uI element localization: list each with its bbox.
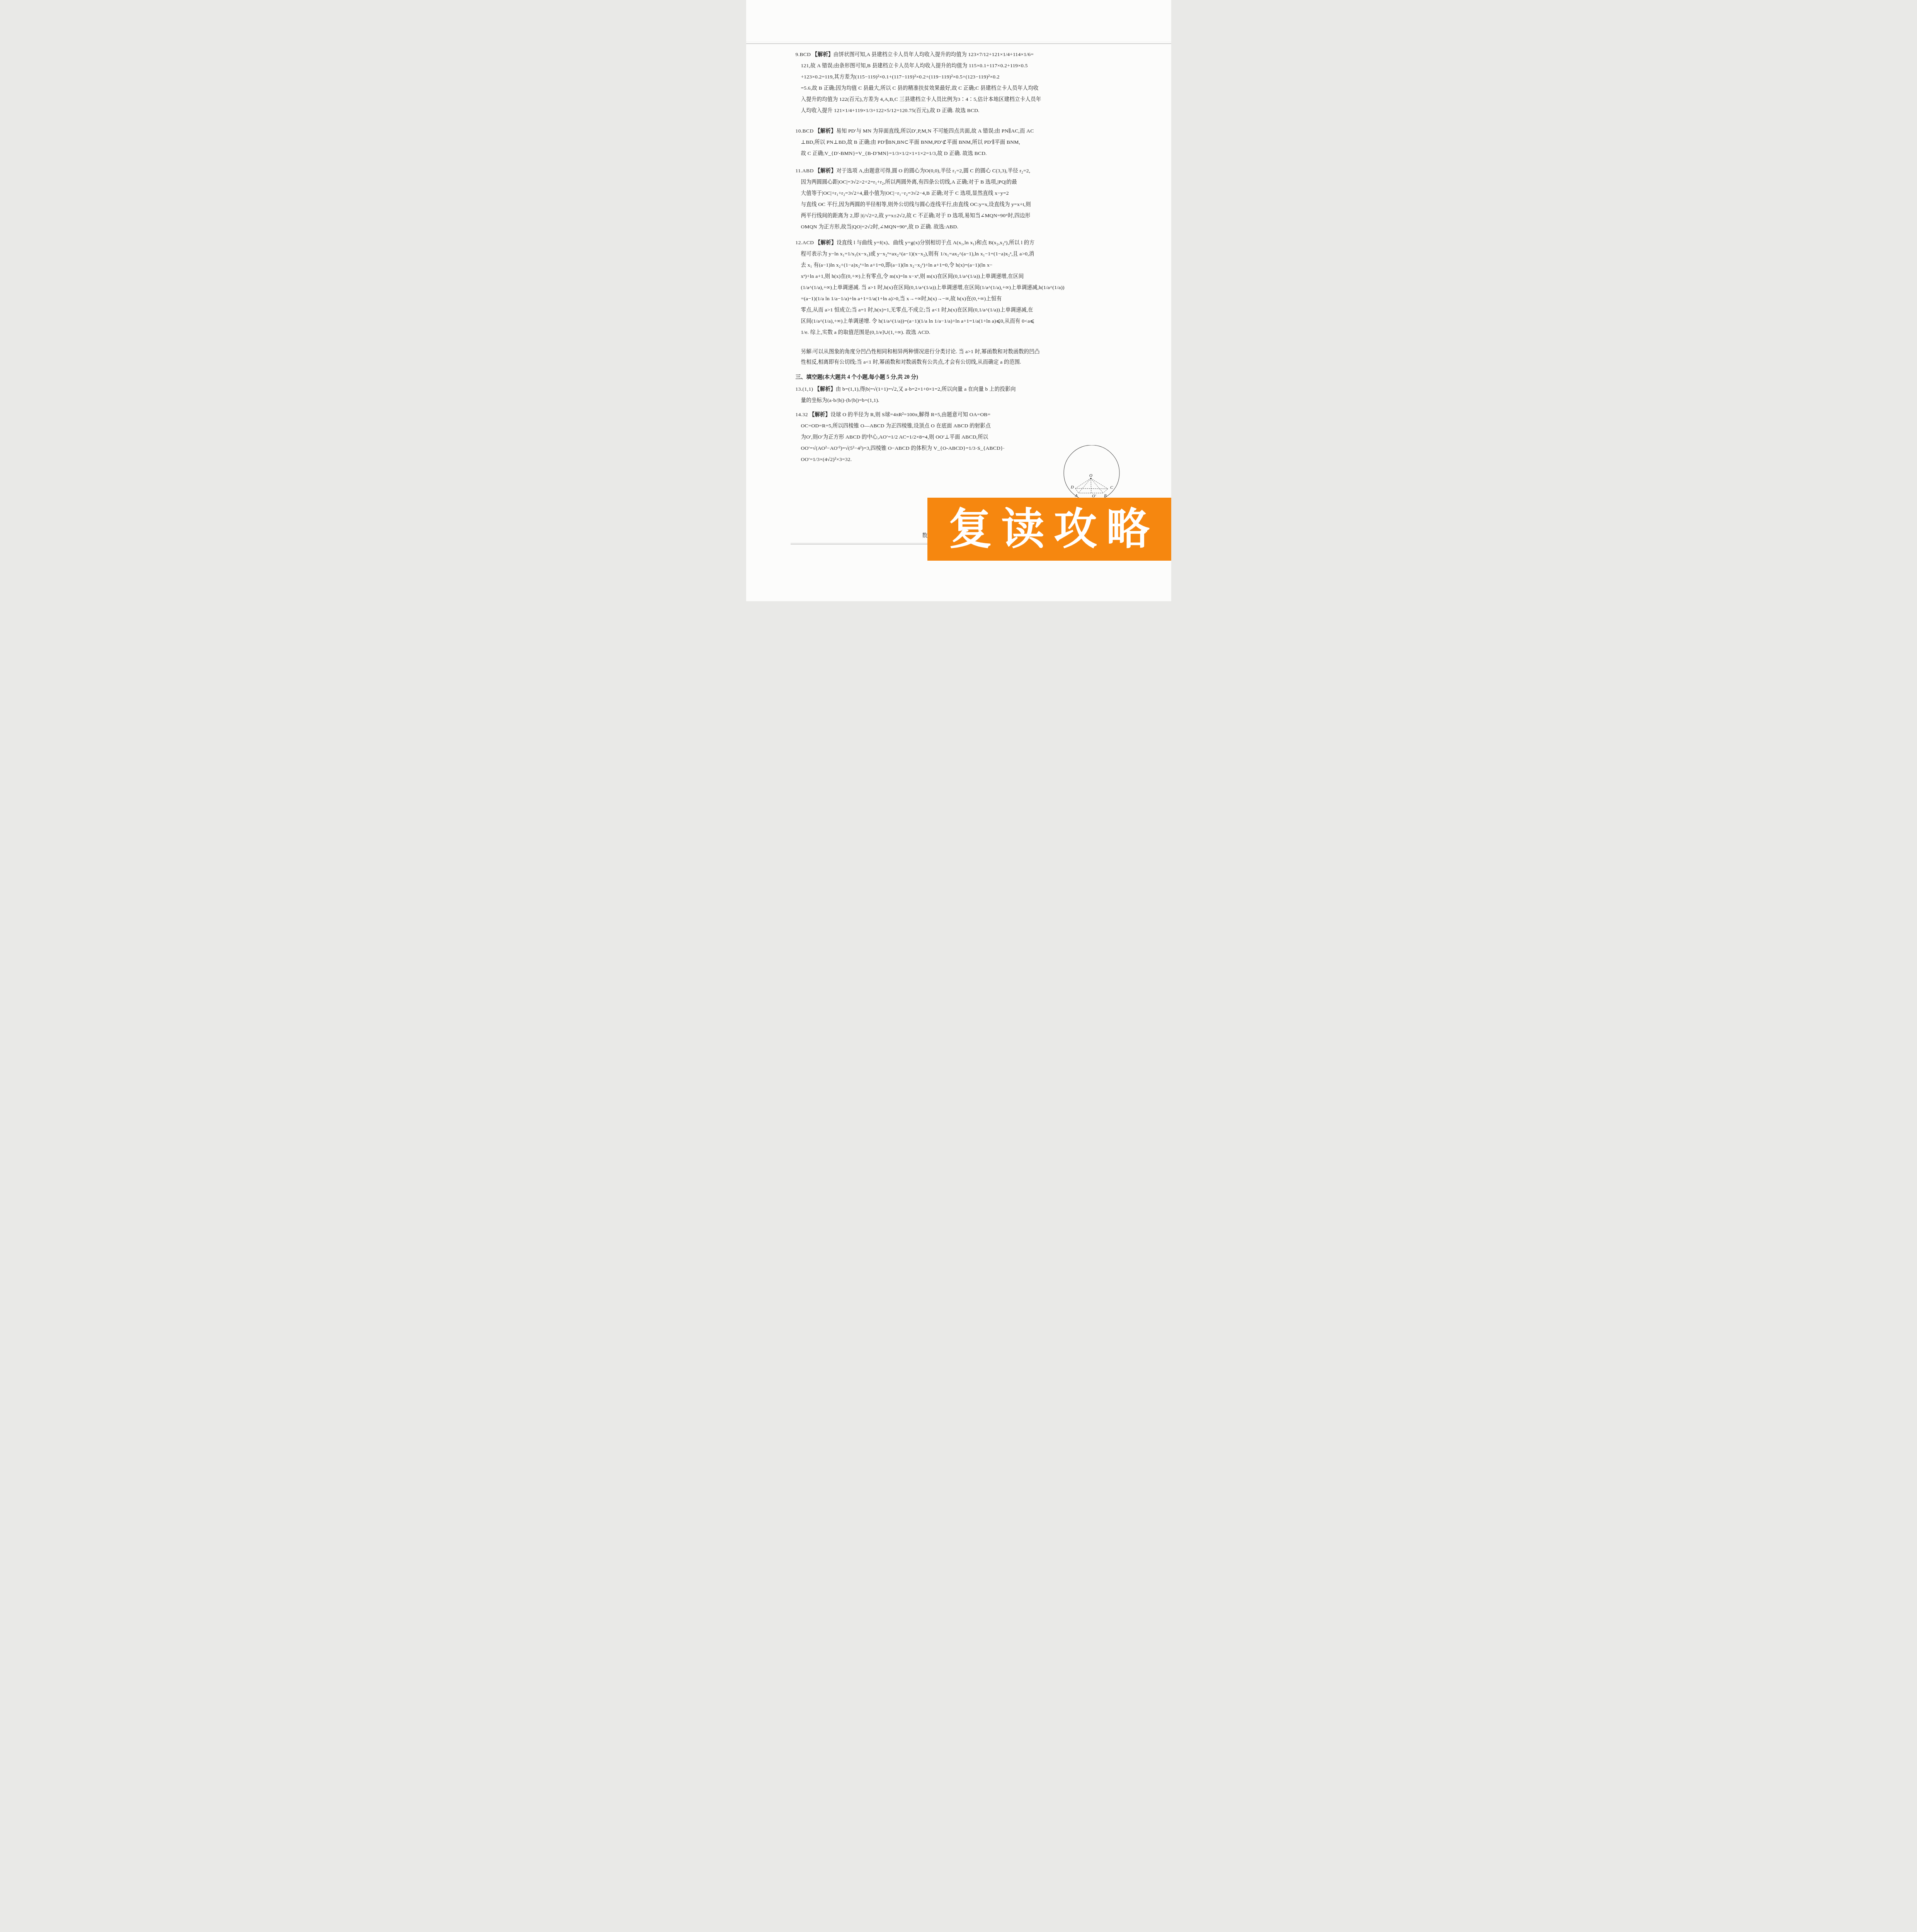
solution-line: OO′=√(AO²−AO′²)=√(5²−4²)=3,四棱锥 O−ABCD 的体… xyxy=(796,442,1062,454)
problem-answer: 32 xyxy=(803,412,808,417)
section-header: 三、填空题(本大题共 4 个小题,每小题 5 分,共 20 分) xyxy=(796,372,1133,383)
jiexi-label: 【解析】 xyxy=(809,412,830,417)
problem-number: 14. xyxy=(796,412,803,417)
solution-line: 10.BCD 【解析】易知 PD′与 MN 为异面直线,所以D′,P,M,N 不… xyxy=(796,125,1133,136)
note-line: 性相反,相离即有公切线;当 a<1 时,幂函数和对数函数有公共点,才会有公切线,… xyxy=(796,357,1133,367)
solution-line: xᵃ)+ln a+1,则 h(x)在(0,+∞)上有零点,令 m(x)=ln x… xyxy=(796,270,1133,282)
sphere-pyramid-svg: O D C A O′ B xyxy=(1061,445,1122,504)
problem-answer: ACD xyxy=(803,240,814,245)
jiexi-label: 【解析】 xyxy=(815,168,836,173)
solution-line: 1/e. 综上,实数 a 的取值范围是(0,1/e]∪(1,+∞). 故选 AC… xyxy=(796,327,1133,338)
problem-12: 12.ACD 【解析】设直线 l 与曲线 y=f(x)、曲线 y=g(x)分别相… xyxy=(796,237,1133,338)
problem-number: 10. xyxy=(796,128,803,134)
problem-answer: (1,1) xyxy=(803,386,813,392)
solution-line: OO′=1/3×(4√2)²×3=32. xyxy=(796,454,1062,465)
pyramid-edge-DC xyxy=(1075,488,1108,489)
watermark-banner: 复读攻略 xyxy=(927,498,1171,561)
problem-answer: ABD xyxy=(802,168,814,173)
solution-text: 由 b=(1,1),得|b|=√(1+1)=√2,又 a·b=2×1+0×1=2… xyxy=(836,386,1016,392)
vertex-label-C: C xyxy=(1110,485,1113,490)
pyramid-edge-OC xyxy=(1091,478,1108,489)
solution-line: 14.32 【解析】设球 O 的半径为 R,则 S球=4πR²=100π,解得 … xyxy=(796,409,1062,420)
problem-14: 14.32 【解析】设球 O 的半径为 R,则 S球=4πR²=100π,解得 … xyxy=(796,409,1062,465)
footer-rule xyxy=(791,543,950,543)
solution-text: 设球 O 的半径为 R,则 S球=4πR²=100π,解得 R=5,由题意可知 … xyxy=(830,412,990,417)
document-page: 9.BCD 【解析】由饼状图可知,A 县建档立卡人员年人均收入提升的均值为 12… xyxy=(746,0,1171,601)
problem-13: 13.(1,1) 【解析】由 b=(1,1),得|b|=√(1+1)=√2,又 … xyxy=(796,383,1133,406)
problem-12-alt-note: 另解:可以从图象的角度分凹凸性相同和相异两种情况进行分类讨论. 当 a>1 时,… xyxy=(796,346,1133,367)
solution-line: 9.BCD 【解析】由饼状图可知,A 县建档立卡人员年人均收入提升的均值为 12… xyxy=(796,49,1133,60)
solution-line: 为O′,则O′为正方形 ABCD 的中心,AO′=1/2 AC=1/2×8=4,… xyxy=(796,431,1062,442)
vertex-label-O: O xyxy=(1089,473,1092,478)
pyramid-edge-CB xyxy=(1103,489,1108,493)
solution-line: 故 C 正确;V_{D′-BMN}=V_{B-D′MN}=1/3×1/2×1×1… xyxy=(796,148,1133,159)
pyramid-edge-OB xyxy=(1091,478,1103,493)
solution-line: 因为两圆圆心距|OC|=3√2>2+2=r₁+r₂,所以两圆外离,有四条公切线,… xyxy=(796,176,1133,187)
solution-line: 13.(1,1) 【解析】由 b=(1,1),得|b|=√(1+1)=√2,又 … xyxy=(796,383,1133,395)
jiexi-label: 【解析】 xyxy=(812,51,833,57)
solution-line: 两平行线间的距离为 2,即 |t|/√2=2,故 y=x±2√2,故 C 不正确… xyxy=(796,210,1133,221)
pyramid-edge-OD xyxy=(1075,478,1091,488)
solution-line: 零点,从而 a>1 恒成立;当 a=1 时,h(x)=1,无零点,不成立;当 a… xyxy=(796,304,1133,315)
pyramid-altitude-OO xyxy=(1091,478,1091,493)
jiexi-label: 【解析】 xyxy=(815,240,837,245)
pyramid-edge-OA xyxy=(1078,478,1091,493)
jiexi-label: 【解析】 xyxy=(815,128,836,134)
solution-text: 易知 PD′与 MN 为异面直线,所以D′,P,M,N 不可能四点共面,故 A … xyxy=(836,128,1034,134)
problem-number: 11. xyxy=(796,168,803,173)
note-line: 另解:可以从图象的角度分凹凸性相同和相异两种情况进行分类讨论. 当 a>1 时,… xyxy=(796,346,1133,357)
solution-line: 人均收入提升 121×1/4+119×1/3+122×5/12=120.75(百… xyxy=(796,105,1133,116)
solution-line: 量的坐标为(a·b/|b|)·(b/|b|)=b=(1,1). xyxy=(796,395,1133,406)
document-body: 9.BCD 【解析】由饼状图可知,A 县建档立卡人员年人均收入提升的均值为 12… xyxy=(796,49,1133,465)
problem-answer: BCD xyxy=(799,51,811,57)
problem-number: 9. xyxy=(796,51,800,57)
solution-line: +123×0.2=119,其方差为(115−119)²×0.1+(117−119… xyxy=(796,71,1133,82)
solution-line: 程可表示为 y−ln x₁=1/x₁(x−x₁)或 y−x₂ᵃ=ax₂^(a−1… xyxy=(796,248,1133,259)
solution-text: 由饼状图可知,A 县建档立卡人员年人均收入提升的均值为 123×7/12+121… xyxy=(833,51,1034,57)
solution-line: 去 x₁ 有(a−1)ln x₂+(1−a)x₂ᵃ+ln a+1=0,即(a−1… xyxy=(796,259,1133,270)
solution-line: 12.ACD 【解析】设直线 l 与曲线 y=f(x)、曲线 y=g(x)分别相… xyxy=(796,237,1133,248)
solution-line: 11.ABD 【解析】对于选项 A,由题意可得,圆 O 的圆心为O(0,0),半… xyxy=(796,165,1133,176)
solution-line: =5.6,故 B 正确;因为均值 C 县最大,所以 C 县的精准扶贫效果最好,故… xyxy=(796,82,1133,94)
problem-11: 11.ABD 【解析】对于选项 A,由题意可得,圆 O 的圆心为O(0,0),半… xyxy=(796,165,1133,232)
solution-line: 入提升的均值为 122(百元),方差为 4,A,B,C 三县建档立卡人员比例为3… xyxy=(796,94,1133,105)
sphere-circle xyxy=(1064,445,1119,501)
watermark-banner-text: 复读攻略 xyxy=(939,508,1159,551)
solution-line: OMQN 为正方形,故当|QO|=2√2时,∠MQN=90°,故 D 正确. 故… xyxy=(796,221,1133,232)
solution-text: 设直线 l 与曲线 y=f(x)、曲线 y=g(x)分别相切于点 A(x₁,ln… xyxy=(837,240,1035,245)
solution-line: 121,故 A 错误;由条形图可知,B 县建档立卡人员年人均收入提升的均值为 1… xyxy=(796,60,1133,71)
solution-line: 区间(1/a^(1/a),+∞)上单调递增. 令 h(1/a^(1/a))=(a… xyxy=(796,315,1133,327)
solution-line: =(a−1)(1/a ln 1/a−1/a)+ln a+1=1/a(1+ln a… xyxy=(796,293,1133,304)
problem-answer: BCD xyxy=(803,128,814,134)
footer-partial-text: 数 xyxy=(922,532,928,539)
solution-line: (1/a^(1/a),+∞)上单调递减. 当 a>1 时,h(x)在区间(0,1… xyxy=(796,282,1133,293)
sphere-pyramid-figure: O D C A O′ B xyxy=(1061,445,1122,504)
solution-line: ⊥BD,所以 PN⊥BD,故 B 正确;由 PD′∥BN,BN⊂平面 BNM,P… xyxy=(796,136,1133,148)
jiexi-label: 【解析】 xyxy=(815,386,836,392)
solution-line: 与直线 OC 平行,因为两圆的半径相等,则外公切线与圆心连线平行,由直线 OC:… xyxy=(796,199,1133,210)
solution-line: 大值等于|OC|+r₁+r₂=3√2+4,最小值为|OC|−r₁−r₂=3√2−… xyxy=(796,187,1133,199)
problem-9: 9.BCD 【解析】由饼状图可知,A 县建档立卡人员年人均收入提升的均值为 12… xyxy=(796,49,1133,116)
pyramid-edge-DA xyxy=(1075,488,1078,493)
solution-text: 对于选项 A,由题意可得,圆 O 的圆心为O(0,0),半径 r₁=2,圆 C … xyxy=(836,168,1030,173)
page-top-rule-shadow xyxy=(746,43,1171,44)
problem-10: 10.BCD 【解析】易知 PD′与 MN 为异面直线,所以D′,P,M,N 不… xyxy=(796,125,1133,159)
page-top-rule xyxy=(746,42,1171,42)
vertex-label-D: D xyxy=(1070,485,1074,490)
solution-line: OC=OD=R=5,所以四棱锥 O—ABCD 为正四棱锥,设顶点 O 在底面 A… xyxy=(796,420,1062,431)
problem-number: 13. xyxy=(796,386,803,392)
footer-rule-shadow xyxy=(791,544,950,544)
problem-number: 12. xyxy=(796,240,803,245)
